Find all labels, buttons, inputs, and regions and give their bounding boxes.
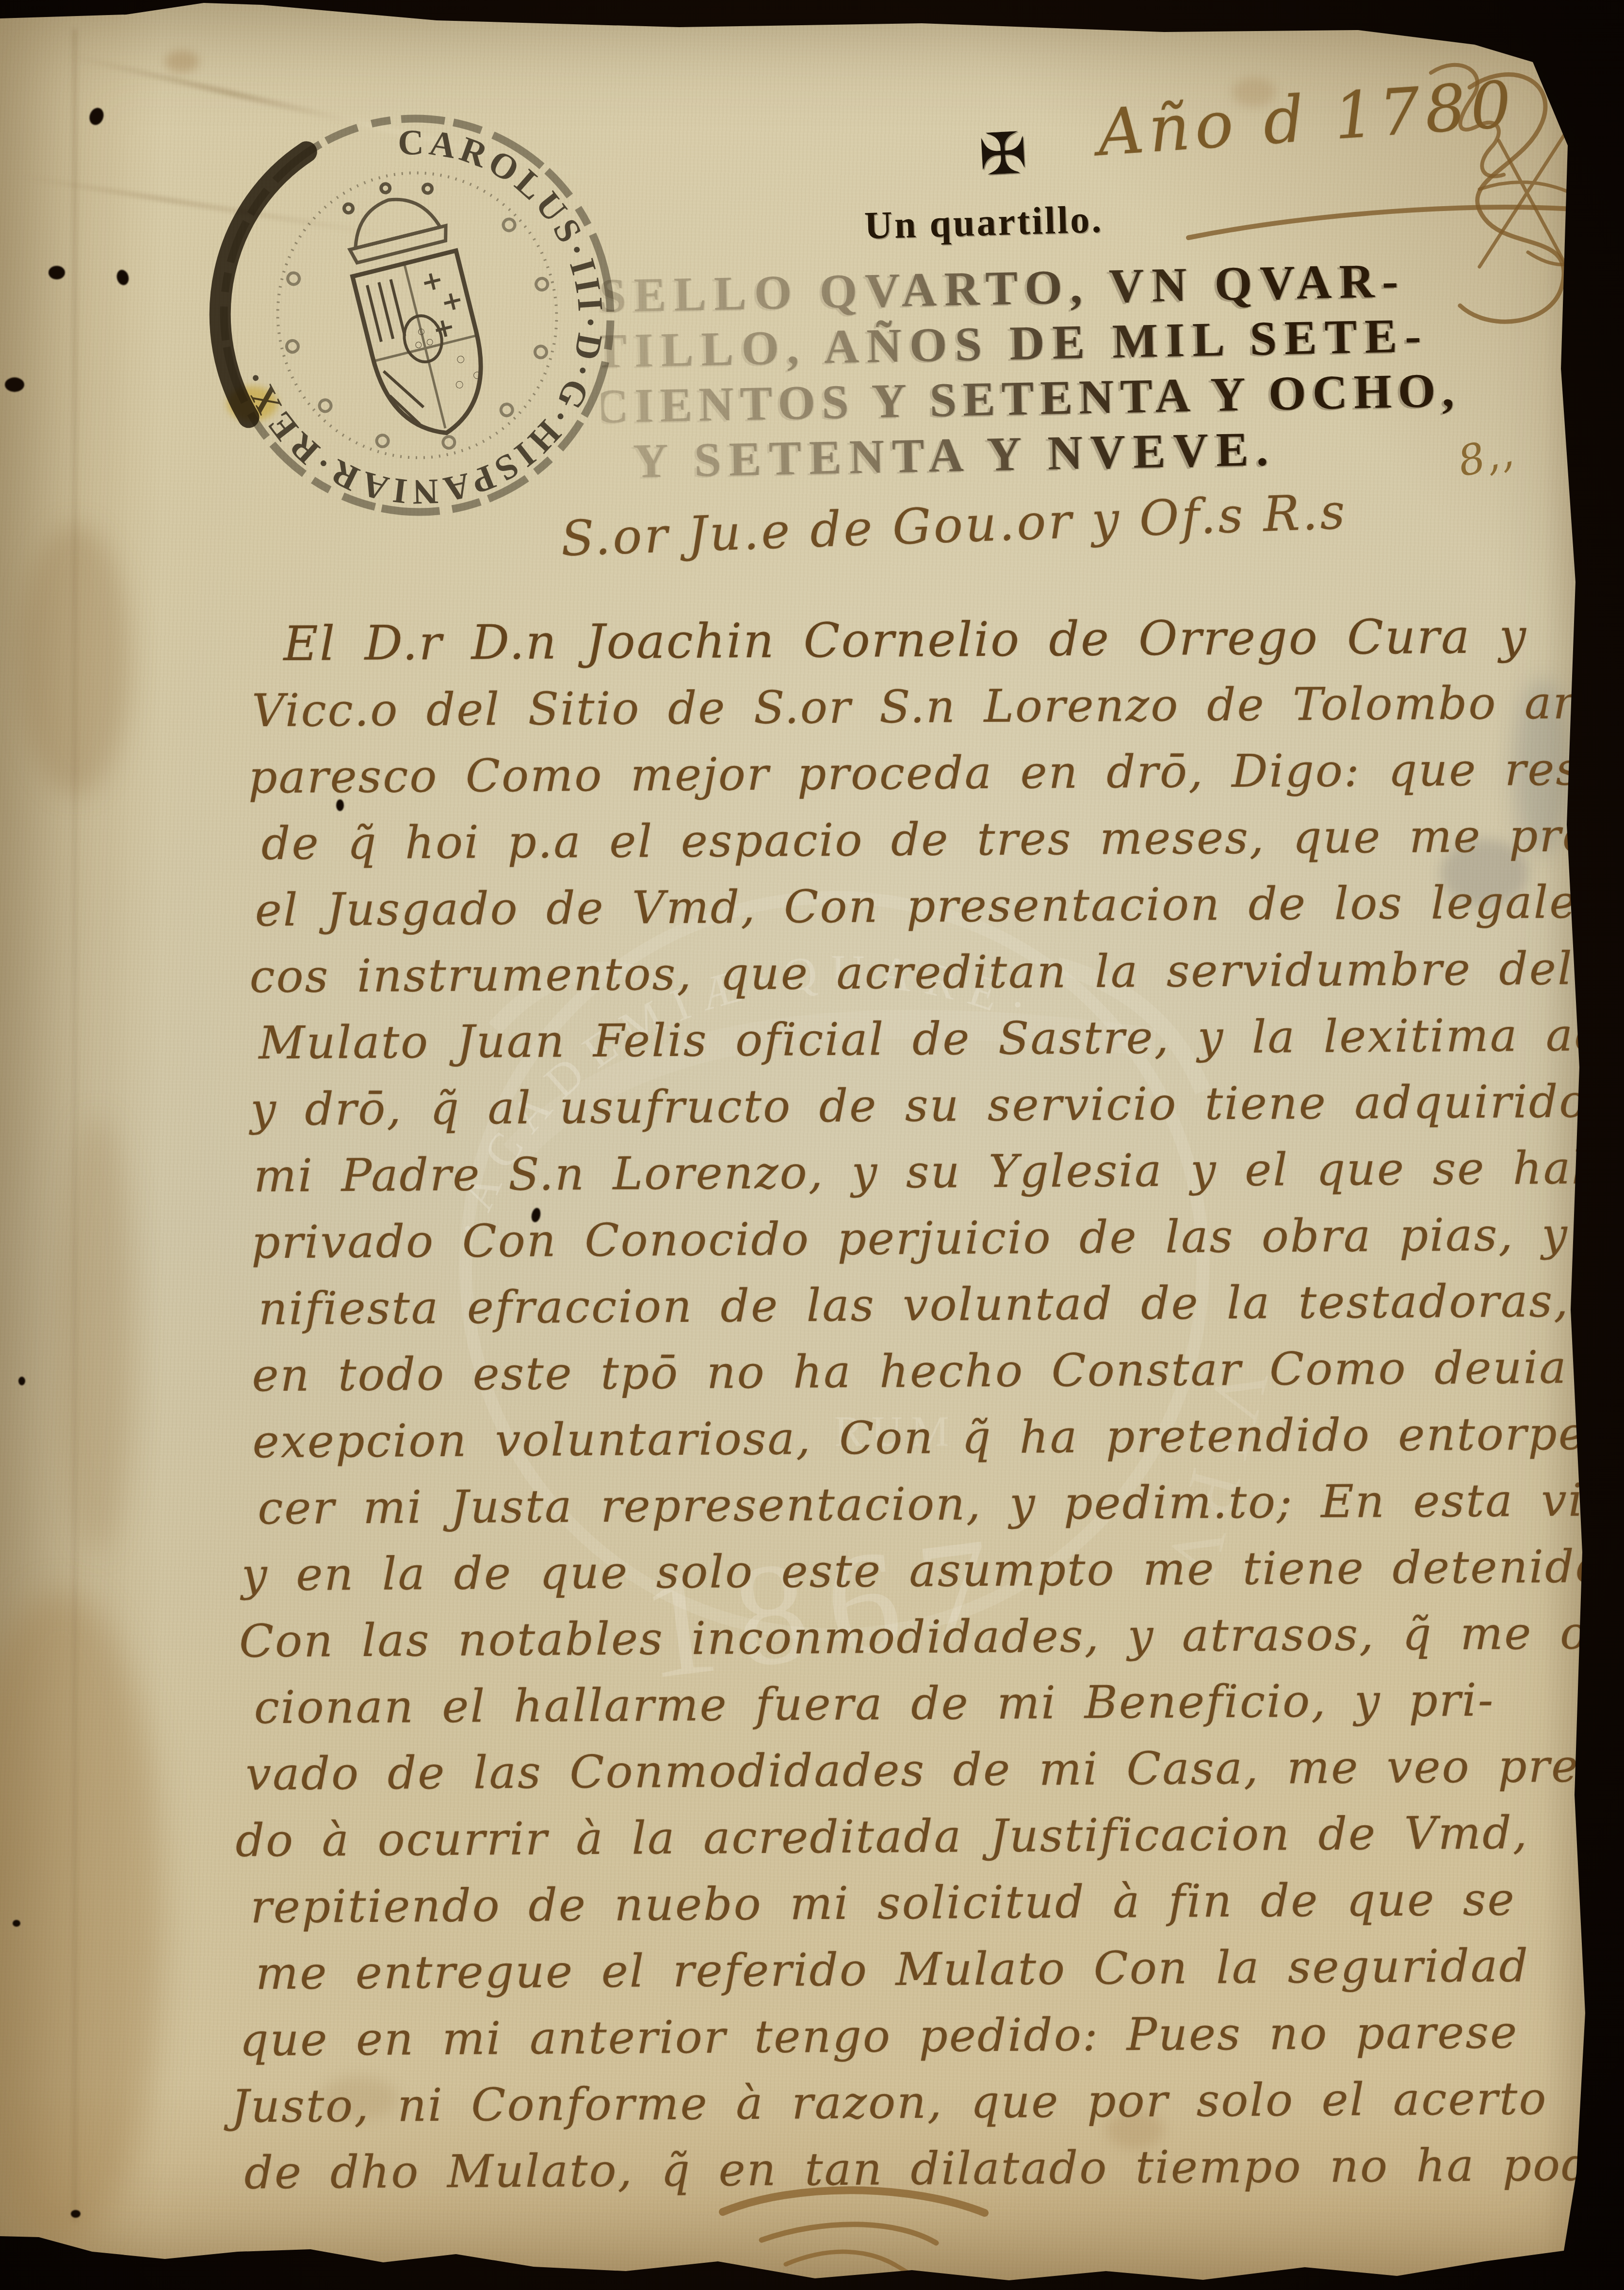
manuscript-line: paresco Como mejor proceda en drō, Digo:…: [248, 736, 1568, 811]
wormhole: [49, 266, 65, 279]
wormhole: [18, 1377, 25, 1385]
stain: [58, 1116, 136, 1552]
wormhole: [71, 2210, 81, 2218]
manuscript-line: El D.r D.n Joachin Cornelio de Orrego Cu…: [247, 603, 1567, 678]
manuscript-line: cer mi Justa representacion, y pedim.to;…: [253, 1467, 1573, 1542]
manuscript-line: Con las notables inconmodidades, y atras…: [239, 1600, 1574, 1675]
stain: [0, 1591, 165, 2246]
wormhole: [13, 1920, 20, 1927]
manuscript-line: Mulato Juan Felis oficial de Sastre, y l…: [250, 1002, 1570, 1077]
manuscript-line: en todo este tpō no ha hecho Constar Com…: [252, 1334, 1572, 1409]
crease: [73, 29, 77, 2222]
stain: [165, 50, 199, 73]
wormhole: [115, 268, 130, 286]
stamp-title-block: SELLO QVARTO, VN QVAR- TILLO, AÑOS DE MI…: [599, 250, 1573, 489]
manuscript-body: El D.r D.n Joachin Cornelio de Orrego Cu…: [247, 603, 1576, 2207]
manuscript-line: y en la de que solo este asumpto me tien…: [242, 1534, 1573, 1608]
manuscript-line: que en mi anterior tengo pedido: Pues no…: [240, 1999, 1576, 2074]
manuscript-line: el Jusgado de Vmd, Con presentacion de l…: [249, 869, 1569, 944]
seal-shield: [353, 251, 499, 446]
manuscript-line: repitiendo de nuebo mi solicitud à fin d…: [250, 1866, 1575, 1941]
manuscript-line: de q̃ hoi p.a el espacio de tres meses, …: [248, 803, 1568, 877]
manuscript-line: exepcion voluntariosa, Con q̃ ha pretend…: [252, 1401, 1572, 1476]
seal-crown: [337, 172, 450, 264]
manuscript-line: vado de las Conmodidades de mi Casa, me …: [245, 1733, 1574, 1808]
manuscript-line: Vicc.o del Sitio de S.or S.n Lorenzo de …: [248, 670, 1568, 745]
salutation-line: S.or Ju.e de Gou.or y Of.s R.s: [560, 483, 1348, 568]
manuscript-line: y drō, q̃ al usufructo de su servicio ti…: [250, 1069, 1570, 1143]
wormhole: [87, 106, 106, 127]
photographed-manuscript: ·ACADEMIÆ·QUARE· RUM 1867 VIRV CAROLUS·I…: [0, 0, 1624, 2290]
manuscript-line: cionan el hallarme fuera de mi Beneficio…: [254, 1667, 1574, 1741]
parchment-page: ·ACADEMIÆ·QUARE· RUM 1867 VIRV CAROLUS·I…: [0, 0, 1624, 2290]
manuscript-line: Justo, ni Conforme à razon, que por solo…: [231, 2065, 1576, 2140]
manuscript-line: do à ocurrir à la acreditada Justificaci…: [235, 1800, 1575, 1874]
wormhole: [336, 799, 344, 811]
manuscript-line: cos instrumentos, que acreditan la servi…: [249, 936, 1569, 1010]
manuscript-line: privado Con Conocido perjuicio de las ob…: [251, 1202, 1571, 1276]
stamp-denomination: Un quartillo.: [864, 197, 1104, 248]
manuscript-line: nifiesta efraccion de las voluntad de la…: [251, 1268, 1571, 1343]
wormhole: [5, 377, 24, 392]
royal-seal-stamp: CAROLUS·III·D·G·HISPANIAR·REX·: [204, 92, 631, 538]
underline-flourish: [703, 2178, 1043, 2280]
manuscript-line: me entregue el referido Mulato Con la se…: [256, 1933, 1575, 2007]
manuscript-line: mi Padre S.n Lorenzo, y su Yglesia y el …: [251, 1135, 1571, 1210]
cross-icon: ✠: [977, 119, 1028, 189]
